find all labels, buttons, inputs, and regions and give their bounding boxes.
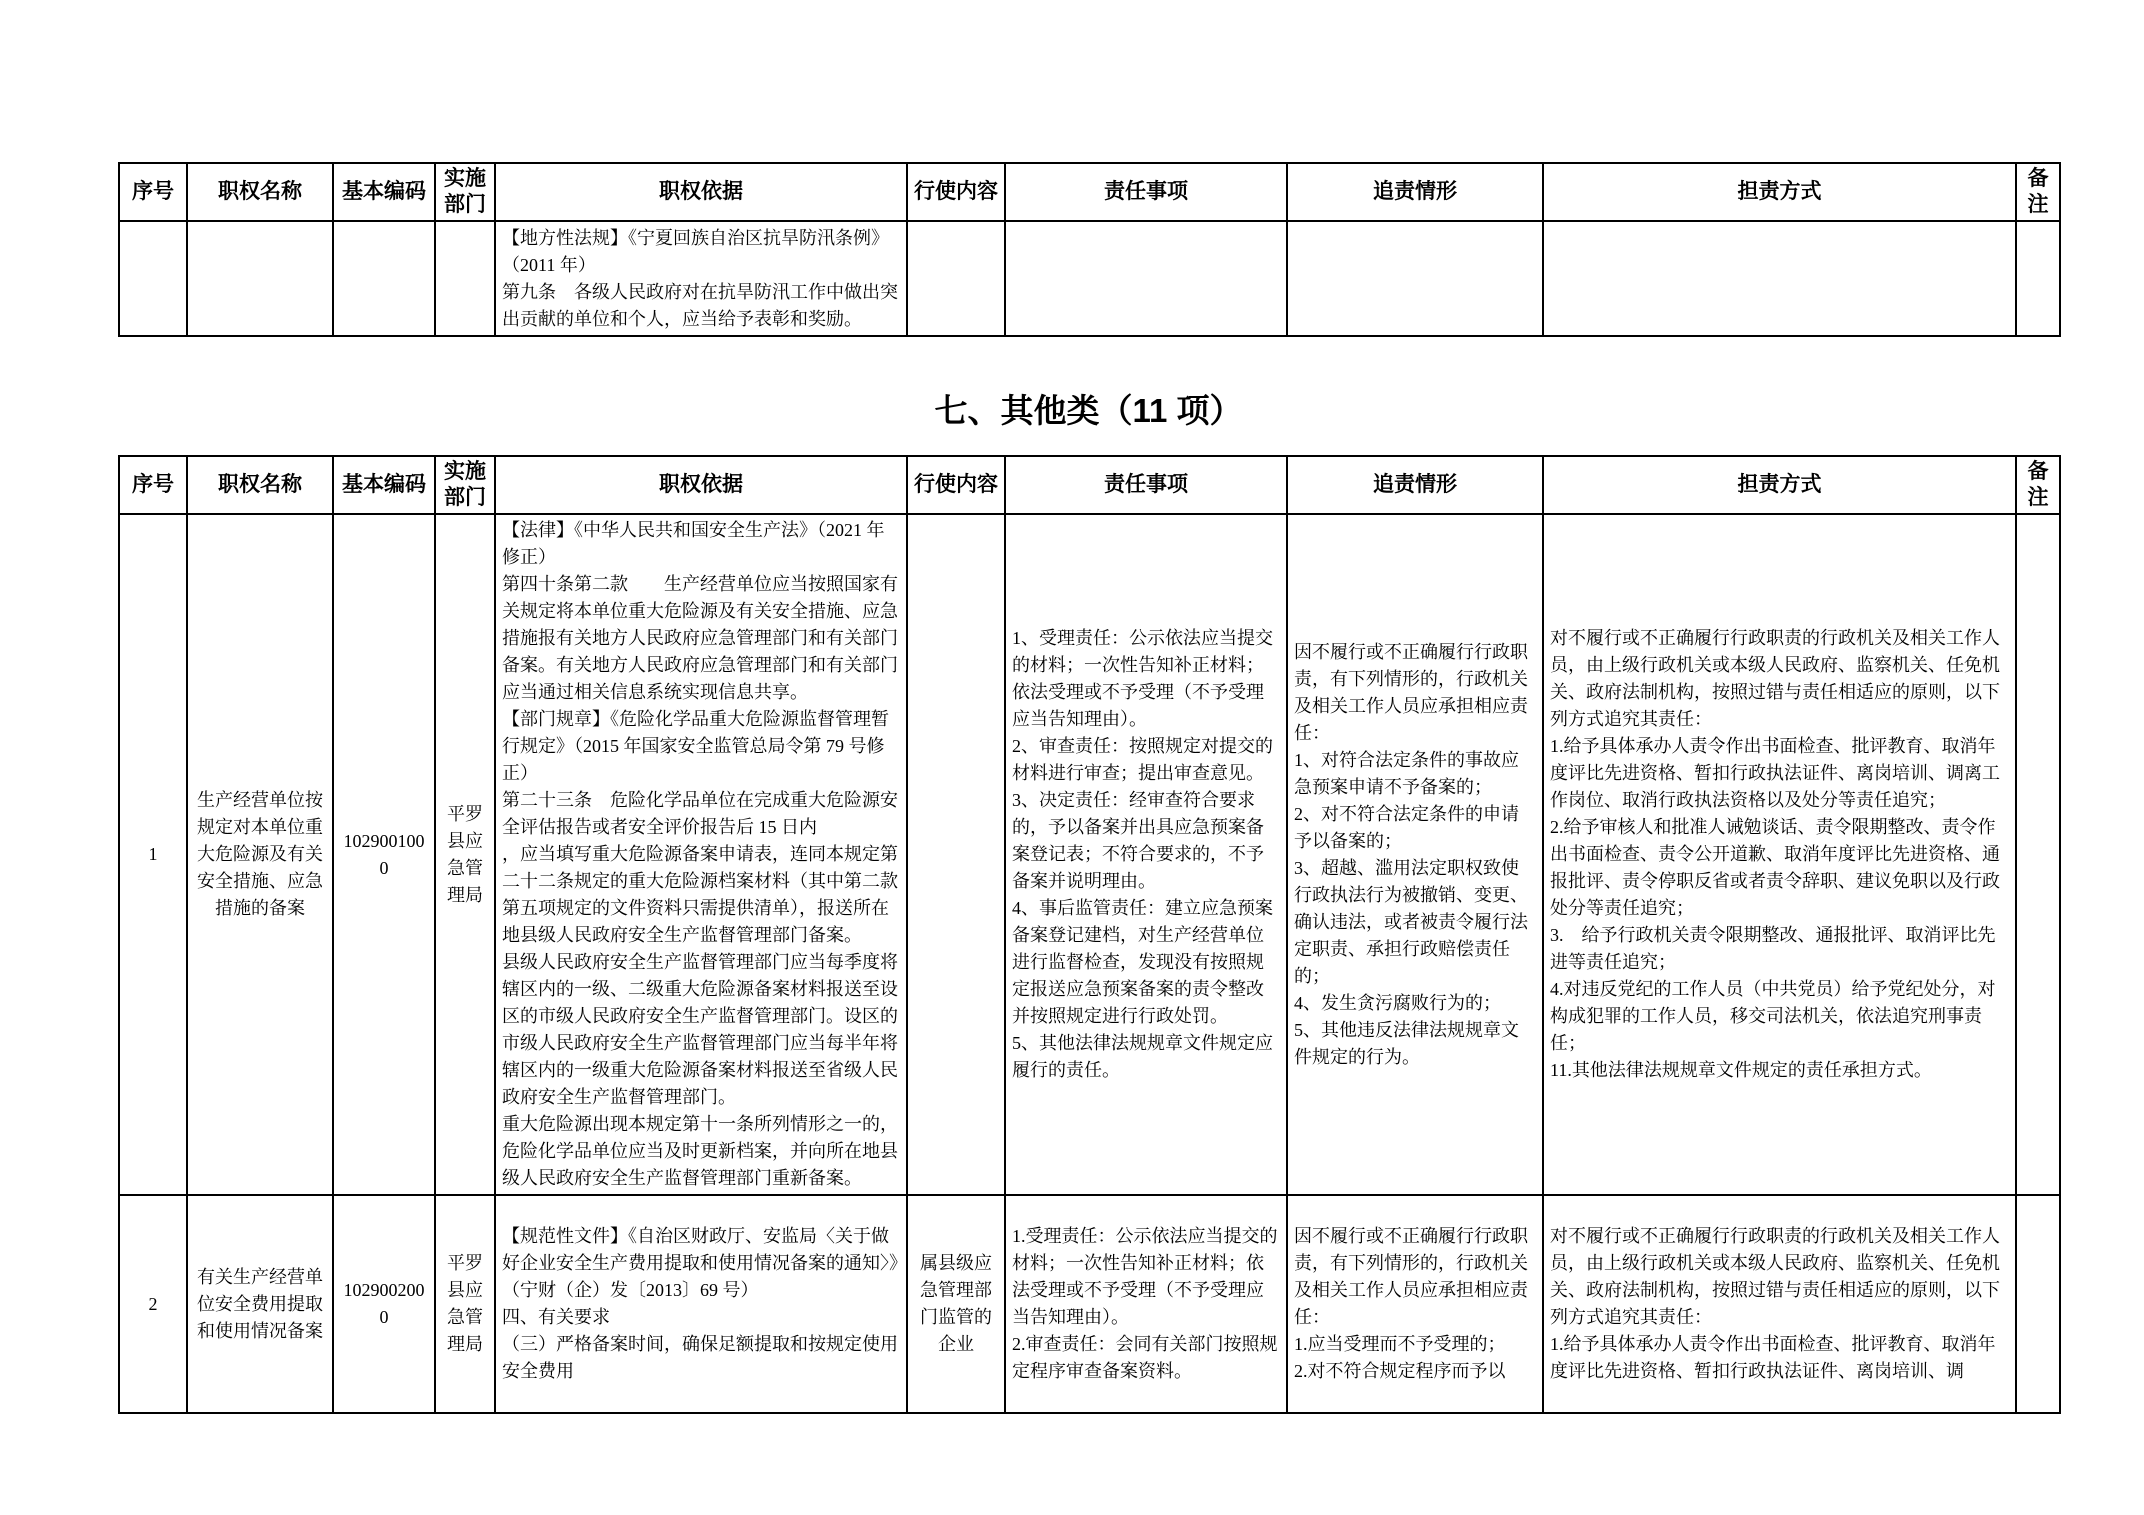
cell-seq: 2 bbox=[119, 1195, 187, 1413]
col-header-seq: 序号 bbox=[119, 456, 187, 514]
table-row: 1 生产经营单位按规定对本单位重大危险源及有关安全措施、应急措施的备案 1029… bbox=[119, 514, 2060, 1195]
cell-accountability: 因不履行或不正确履行行政职责，有下列情形的，行政机关及相关工作人员应承担相应责任… bbox=[1287, 514, 1543, 1195]
cell-basis: 【地方性法规】《宁夏回族自治区抗旱防汛条例》（2011 年） 第九条 各级人民政… bbox=[495, 221, 907, 336]
table-row: 2 有关生产经营单位安全费用提取和使用情况备案 1029002000 平罗县应急… bbox=[119, 1195, 2060, 1413]
table-header-row: 序号 职权名称 基本编码 实施部门 职权依据 行使内容 责任事项 追责情形 担责… bbox=[119, 163, 2060, 221]
section-title: 七、其他类（11 项） bbox=[118, 388, 2059, 434]
cell-name bbox=[187, 221, 333, 336]
col-header-accountability: 追责情形 bbox=[1287, 456, 1543, 514]
cell-dept: 平罗县应急管理局 bbox=[435, 1195, 495, 1413]
cell-dept bbox=[435, 221, 495, 336]
cell-accountability: 因不履行或不正确履行行政职责，有下列情形的，行政机关及相关工作人员应承担相应责任… bbox=[1287, 1195, 1543, 1413]
cell-items bbox=[1005, 221, 1287, 336]
cell-note bbox=[2016, 221, 2060, 336]
cell-scope: 属县级应急管理部门监管的企业 bbox=[907, 1195, 1005, 1413]
document-page: 序号 职权名称 基本编码 实施部门 职权依据 行使内容 责任事项 追责情形 担责… bbox=[0, 0, 2144, 1515]
cell-code bbox=[333, 221, 435, 336]
cell-basis: 【规范性文件】《自治区财政厅、安监局〈关于做好企业安全生产费用提取和使用情况备案… bbox=[495, 1195, 907, 1413]
cell-liability: 对不履行或不正确履行行政职责的行政机关及相关工作人员，由上级行政机关或本级人民政… bbox=[1543, 514, 2016, 1195]
col-header-dept: 实施部门 bbox=[435, 456, 495, 514]
cell-items: 1、受理责任：公示依法应当提交的材料；一次性告知补正材料；依法受理或不予受理（不… bbox=[1005, 514, 1287, 1195]
cell-code: 1029001000 bbox=[333, 514, 435, 1195]
cell-name: 有关生产经营单位安全费用提取和使用情况备案 bbox=[187, 1195, 333, 1413]
cell-note bbox=[2016, 514, 2060, 1195]
col-header-code: 基本编码 bbox=[333, 456, 435, 514]
cell-scope bbox=[907, 221, 1005, 336]
col-header-basis: 职权依据 bbox=[495, 456, 907, 514]
cell-liability bbox=[1543, 221, 2016, 336]
col-header-note: 备注 bbox=[2016, 456, 2060, 514]
col-header-dept: 实施部门 bbox=[435, 163, 495, 221]
col-header-liability: 担责方式 bbox=[1543, 163, 2016, 221]
cell-liability: 对不履行或不正确履行行政职责的行政机关及相关工作人员，由上级行政机关或本级人民政… bbox=[1543, 1195, 2016, 1413]
cell-dept: 平罗县应急管理局 bbox=[435, 514, 495, 1195]
col-header-name: 职权名称 bbox=[187, 456, 333, 514]
cell-scope bbox=[907, 514, 1005, 1195]
cell-items: 1.受理责任：公示依法应当提交的材料；一次性告知补正材料；依法受理或不予受理（不… bbox=[1005, 1195, 1287, 1413]
cell-code: 1029002000 bbox=[333, 1195, 435, 1413]
cell-basis: 【法律】《中华人民共和国安全生产法》（2021 年修正） 第四十条第二款 生产经… bbox=[495, 514, 907, 1195]
col-header-name: 职权名称 bbox=[187, 163, 333, 221]
cell-seq bbox=[119, 221, 187, 336]
col-header-scope: 行使内容 bbox=[907, 456, 1005, 514]
col-header-liability: 担责方式 bbox=[1543, 456, 2016, 514]
col-header-note: 备注 bbox=[2016, 163, 2060, 221]
previous-section-table: 序号 职权名称 基本编码 实施部门 职权依据 行使内容 责任事项 追责情形 担责… bbox=[118, 162, 2061, 337]
other-category-table: 序号 职权名称 基本编码 实施部门 职权依据 行使内容 责任事项 追责情形 担责… bbox=[118, 455, 2061, 1414]
cell-accountability bbox=[1287, 221, 1543, 336]
col-header-items: 责任事项 bbox=[1005, 163, 1287, 221]
cell-note bbox=[2016, 1195, 2060, 1413]
col-header-scope: 行使内容 bbox=[907, 163, 1005, 221]
col-header-seq: 序号 bbox=[119, 163, 187, 221]
col-header-code: 基本编码 bbox=[333, 163, 435, 221]
table-header-row: 序号 职权名称 基本编码 实施部门 职权依据 行使内容 责任事项 追责情形 担责… bbox=[119, 456, 2060, 514]
col-header-basis: 职权依据 bbox=[495, 163, 907, 221]
col-header-items: 责任事项 bbox=[1005, 456, 1287, 514]
col-header-accountability: 追责情形 bbox=[1287, 163, 1543, 221]
table-row: 【地方性法规】《宁夏回族自治区抗旱防汛条例》（2011 年） 第九条 各级人民政… bbox=[119, 221, 2060, 336]
cell-name: 生产经营单位按规定对本单位重大危险源及有关安全措施、应急措施的备案 bbox=[187, 514, 333, 1195]
cell-seq: 1 bbox=[119, 514, 187, 1195]
